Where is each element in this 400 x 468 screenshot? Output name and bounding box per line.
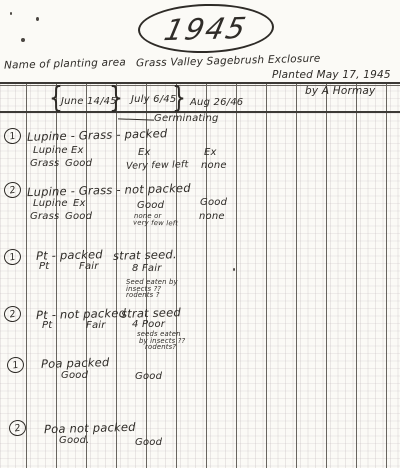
col-header-july: July 6/45 <box>131 94 176 105</box>
obs-july: 4 Poor <box>132 319 165 330</box>
ink-speck <box>10 12 12 15</box>
section-title: Poa not packed <box>44 420 136 436</box>
obs-july: 8 Fair <box>132 263 162 274</box>
obs-july: Ex <box>138 147 151 158</box>
obs-july: Good <box>137 200 164 211</box>
ledger-page: 1945 Name of planting area Grass Valley … <box>0 0 400 468</box>
brace-icon: } <box>172 82 186 116</box>
year-stamp-oval: 1945 <box>137 2 274 55</box>
section-title-suffix: strat seed. <box>113 247 177 263</box>
species-label: Grass <box>30 211 59 222</box>
species-label: Lupine <box>33 145 68 156</box>
obs-june: Good. <box>59 435 90 446</box>
area-value: Grass Valley Sagebrush Exclosure <box>136 53 321 70</box>
obs-aug: Good <box>200 197 227 208</box>
species-label: Grass <box>30 158 59 169</box>
germinating-label: Germinating <box>154 113 219 124</box>
year-stamp: 1945 <box>161 10 250 46</box>
obs-aug: Ex <box>204 147 217 158</box>
obs-june: Good <box>65 211 92 222</box>
planted-date: Planted May 17, 1945 <box>272 69 391 81</box>
area-label: Name of planting area <box>4 56 126 71</box>
obs-aug: none <box>201 160 227 171</box>
obs-july: Good <box>135 437 162 448</box>
obs-note: rodents ? <box>126 292 160 299</box>
obs-aug: none <box>199 211 225 222</box>
obs-june: Ex <box>73 198 86 209</box>
obs-note: rodents? <box>145 344 176 351</box>
obs-july: Good <box>135 371 162 382</box>
species-label: Pt <box>39 261 49 272</box>
species-label: Pt <box>42 320 52 331</box>
obs-june: Good <box>61 370 88 381</box>
col-header-aug: Aug 26/46 <box>190 97 243 108</box>
obs-june: Fair <box>86 320 106 331</box>
ink-speck <box>36 17 39 21</box>
author-note: by A Hormay <box>305 85 375 97</box>
section-title: Poa packed <box>41 355 110 371</box>
obs-june: Fair <box>79 261 99 272</box>
obs-june: Good <box>65 158 92 169</box>
obs-july: Very few left <box>126 159 189 172</box>
obs-july-note: very few left <box>133 220 178 228</box>
obs-june: Ex <box>71 145 84 156</box>
ink-speck <box>21 38 25 42</box>
species-label: Lupine <box>33 198 68 209</box>
brace-icon: } <box>109 82 123 116</box>
